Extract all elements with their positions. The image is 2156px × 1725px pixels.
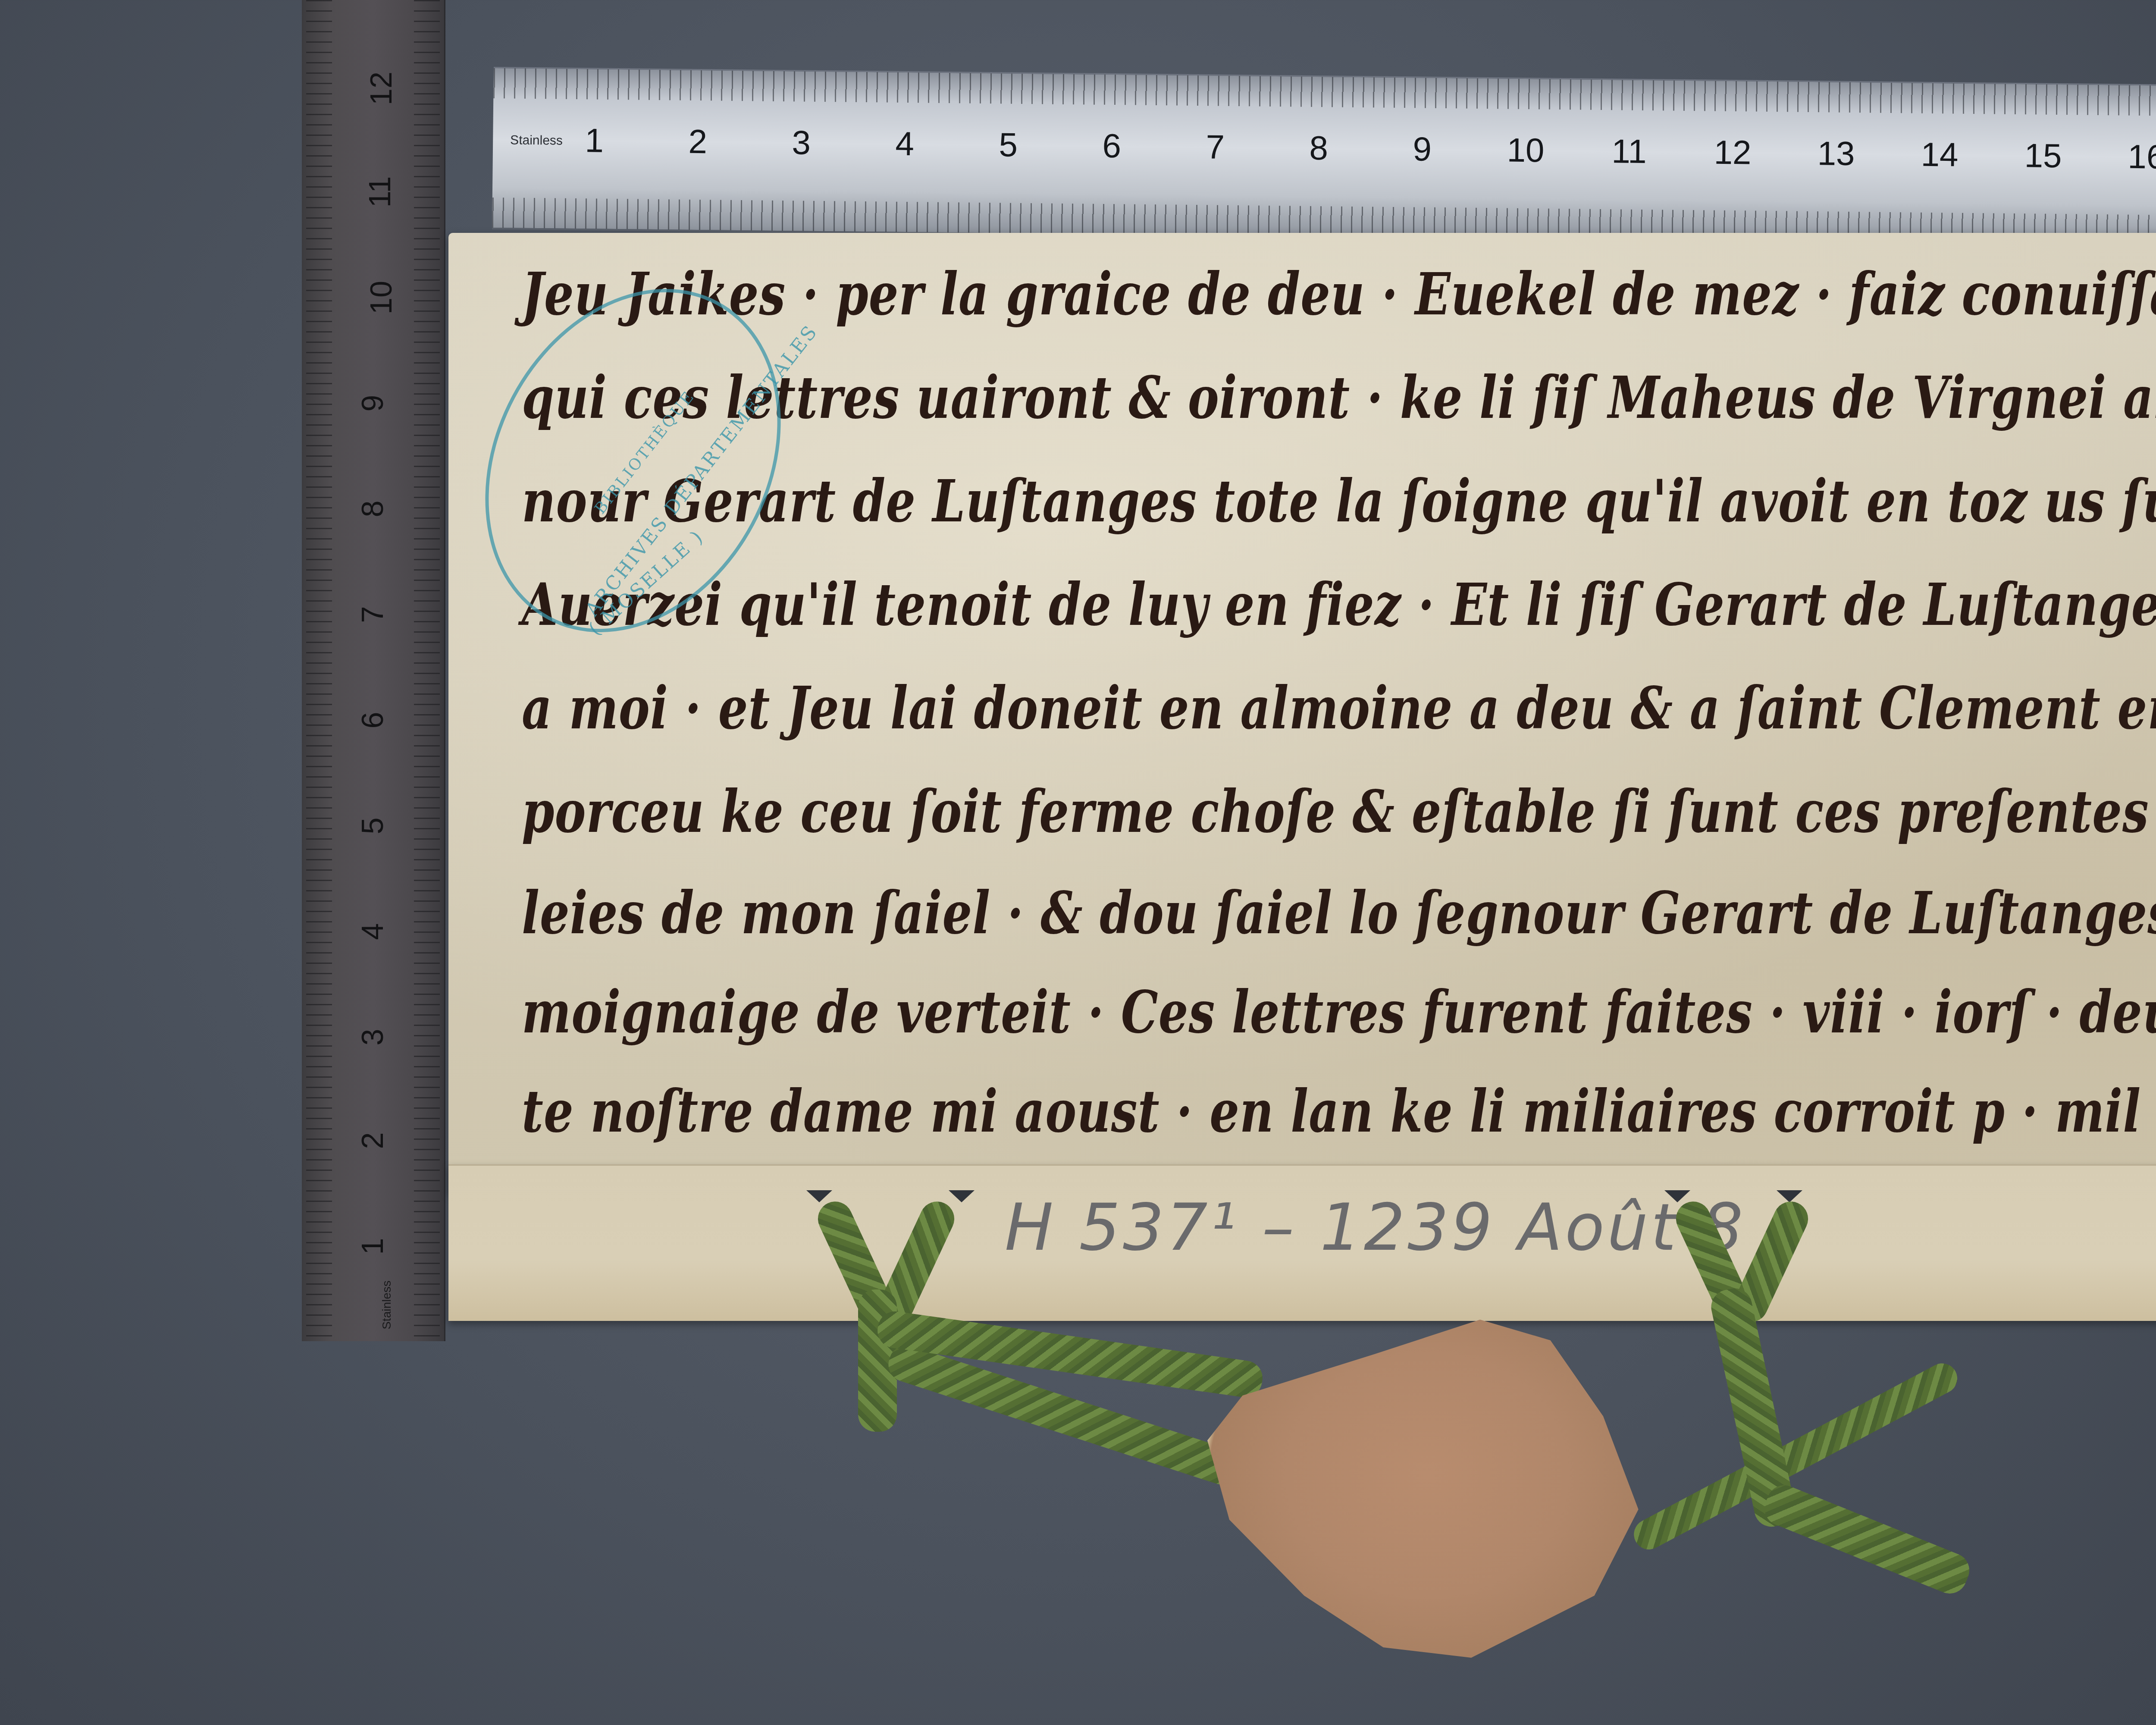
- ruler-label: 8: [1309, 129, 1328, 168]
- ruler-label: 5: [999, 125, 1018, 164]
- ruler-label: 14: [1921, 135, 1959, 175]
- vertical-ruler: 1 2 3 4 5 6 7 8 9 10 11 12 Stainless: [302, 0, 445, 1341]
- manuscript-line: Jeu Jaikes · per la graice de deu · Euek…: [522, 260, 2156, 329]
- ruler-label: 3: [792, 123, 811, 162]
- ruler-label: 1: [585, 121, 604, 160]
- ruler-ticks: [493, 68, 2156, 120]
- manuscript-line: moignaige de verteit · Ces lettres furen…: [522, 979, 2156, 1047]
- horizontal-ruler: Stainless 1 2 3 4 5 6 7 8 9 10 11 12 13 …: [492, 67, 2156, 251]
- manuscript-line: porceu ke ceu ſoit ferme choſe & eſtable…: [522, 778, 2156, 846]
- pencil-inscription: H 537¹ – 1239 Août 8: [1005, 1190, 1745, 1265]
- ruler-label: 15: [2024, 136, 2062, 176]
- ruler-label: 6: [355, 712, 390, 729]
- ruler-label: 12: [364, 72, 398, 105]
- ruler-label: 13: [1817, 134, 1855, 173]
- ruler-brand: Stainless: [380, 1280, 394, 1330]
- ruler-label: 5: [355, 818, 390, 834]
- ruler-label: 3: [355, 1029, 390, 1046]
- ruler-label: 11: [363, 176, 397, 208]
- ruler-label: 8: [355, 501, 390, 517]
- ruler-label: 16: [2128, 137, 2156, 177]
- manuscript-line: leies de mon ſaiel · & dou ſaiel lo ſegn…: [522, 879, 2156, 947]
- ruler-label: 7: [1206, 127, 1225, 166]
- manuscript-line: Auerzei qu'il tenoit de luy en fiez · Et…: [522, 571, 2156, 639]
- ruler-label: 2: [688, 122, 707, 161]
- ruler-label: 9: [355, 395, 390, 412]
- ruler-brand: Stainless: [510, 133, 563, 148]
- ruler-label: 9: [1413, 129, 1432, 169]
- wax-seal: [1207, 1320, 1647, 1665]
- ruler-label: 7: [355, 606, 390, 623]
- manuscript-line: te noſtre dame mi aoust · en lan ke li m…: [522, 1078, 2156, 1146]
- ruler-ticks: [306, 0, 332, 1341]
- ruler-label: 1: [355, 1238, 390, 1255]
- silk-cord: [1759, 1480, 1974, 1599]
- ruler-label: 10: [1507, 131, 1545, 170]
- ruler-label: 2: [355, 1132, 390, 1149]
- ruler-label: 4: [355, 923, 390, 940]
- ruler-label: 12: [1714, 133, 1752, 172]
- ruler-label: 10: [364, 281, 398, 314]
- ruler-ticks: [414, 0, 440, 1341]
- manuscript-line: a moi · et Jeu lai doneit en almoine a d…: [522, 674, 2156, 743]
- ruler-label: 11: [1611, 132, 1647, 171]
- ruler-label: 6: [1102, 126, 1121, 166]
- ruler-label: 4: [895, 124, 914, 163]
